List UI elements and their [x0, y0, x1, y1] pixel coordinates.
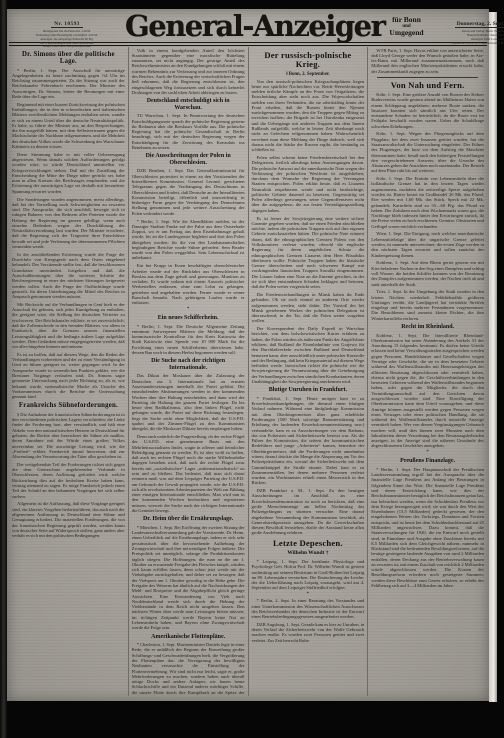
- article-paragraph: Es ist ferner der Sowjetregierung eine w…: [252, 216, 365, 290]
- newspaper-page: Nr. 10593 Bezugspreis frei ins Haus mtl.…: [7, 9, 489, 701]
- article-paragraph: Es ist zu hoffen, daß auf diesem Wege, d…: [12, 352, 125, 400]
- article-headline: Dr. Heim über die Ernährungslage.: [133, 516, 244, 523]
- newspaper-scan: { "masthead": { "issue": "Nr. 10593", "i…: [0, 0, 504, 738]
- issue-number: Nr. 10593: [51, 21, 83, 28]
- article-dateline: ‖ Bonn, 2. September.: [252, 72, 365, 77]
- article-paragraph: Koblenz, 1. Sept. Auf dem Rhein geriet g…: [371, 260, 484, 286]
- imprint-box: Donnerstag, 2. Sept. 1920. Druck und Ver…: [424, 11, 504, 45]
- article-paragraph: WTB Paris, 1. Sept. Havas erklärt von un…: [371, 48, 484, 74]
- divider-rule: [377, 77, 478, 78]
- article-headline: Preußens Finanzlage.: [372, 458, 483, 465]
- article-paragraph: Ein bei Krupp in Essen beschäftigter obe…: [132, 263, 245, 305]
- section-separator: *: [132, 308, 245, 312]
- article-subheadline: Wilhelm Wundt †: [253, 551, 364, 557]
- article-paragraph: Die Sonderungen wurden angenommen, meist…: [12, 197, 125, 250]
- title-suffix: für Bonn und Umgegend: [389, 16, 423, 37]
- article-headline: Die Ausschreitungen der Polen in Obersch…: [133, 153, 244, 166]
- imprint-lines: Druck und Verlag: Herm. Neusser, Bonn.Ha…: [424, 30, 504, 45]
- article-paragraph: Koblenz, 1. Sept. Die Interalliierte Rhe…: [371, 333, 484, 449]
- article-headline: Die Suche nach der richtigen Internation…: [133, 358, 244, 371]
- subscription-box: Nr. 10593 Bezugspreis frei ins Haus mtl.…: [9, 11, 125, 49]
- article-paragraph: Trier, 1. Sept. In der Umgebung der Stad…: [371, 289, 484, 321]
- article-paragraph: * Berlin, 1. Sept. Wie die Abendblätter …: [132, 219, 245, 261]
- article-paragraph: Wien, 1. Sept. Die Einigung, nach welche…: [371, 231, 484, 257]
- column-2: Volk in einem kundgebenden Anteil den hö…: [129, 47, 249, 696]
- article-paragraph: * Berlin, 1. Sept. Die Deutsche Allgemei…: [132, 324, 245, 356]
- article-paragraph: DZB Augsburg, 1. Sept. Gerade kam es hie…: [252, 622, 365, 643]
- article-paragraph: Der Korrespondent der Daily Expreß in Wa…: [252, 326, 365, 384]
- article-paragraph: Volk in einem kundgebenden Anteil den hö…: [132, 48, 245, 96]
- masthead-center: General-Anzeiger für Bonn und Umgegend: [125, 11, 424, 41]
- article-headline: Frankreichs Sühneforderungen.: [13, 402, 124, 409]
- newspaper-title: General-Anzeiger: [125, 12, 384, 41]
- article-headline: Der russisch-polnische Krieg.: [253, 51, 364, 70]
- section-separator: *: [371, 451, 484, 455]
- section-separator: *: [252, 593, 365, 597]
- scan-left-edge: [0, 0, 7, 738]
- column-1: Dr. Simons über die politische Lage.* Be…: [9, 47, 129, 696]
- article-paragraph: Köln, 1. Sept. Wegen des Fliegerunglücks…: [371, 131, 484, 173]
- article-headline: Recht im Rheinland.: [372, 324, 483, 331]
- small-print-line: Fernruf Nr. 100 u. 107. Geschäftsstelle:…: [424, 42, 504, 46]
- article-paragraph: * Berlin, 2. Sept. In einer Beratung des…: [252, 598, 365, 619]
- article-paragraph: Köln, 1. Sept. Die Einfuhr von Lebensmit…: [371, 176, 484, 229]
- column-3: Der russisch-polnische Krieg.‖ Bonn, 2. …: [249, 47, 369, 696]
- article-paragraph: Polen selbst scheint keine Friedensberei…: [252, 155, 365, 213]
- article-paragraph: DZB Frankfurt a. M., 1. Sept. Zu den heu…: [252, 488, 365, 536]
- article-headline: Ein neues Schifferheim.: [133, 315, 244, 322]
- page-right-edge: [489, 12, 497, 702]
- article-paragraph: * Berlin, 1. Sept. Der Hauptausschuß der…: [371, 467, 484, 588]
- article-paragraph: In der anschließenden Erörterung wurde d…: [12, 252, 125, 300]
- article-paragraph: * München, 1. Sept. Bei Eröffnung der zw…: [132, 525, 245, 631]
- article-paragraph: * Frankfurt, 1. Sept. Heute morgen kam e…: [252, 396, 365, 486]
- article-headline: Letzte Depeschen.: [253, 539, 364, 548]
- article-headline: Amerikanische Flottenpläne.: [133, 634, 244, 641]
- article-paragraph: TU Warschau, 1. Sept. In Beantwortung de…: [132, 113, 245, 150]
- date-line: Donnerstag, 2. Sept. 1920.: [455, 21, 504, 28]
- article-paragraph: DZB Beuthen, 1. Sept. Das Generalkommiss…: [132, 168, 245, 216]
- suffix-line-3: Umgegend: [389, 29, 423, 37]
- suffix-line-1: für Bonn: [389, 16, 423, 24]
- article-paragraph: Diese Stimmung habe er mit voller Ueberz…: [12, 152, 125, 194]
- article-headline: Blutige Unruhen in Frankfurt.: [253, 387, 364, 394]
- article-paragraph: * Charleston, 1. Sept. Marineminister Da…: [132, 642, 245, 696]
- article-paragraph: Das Diktat der Moskauer über die Zulassu…: [132, 373, 245, 431]
- article-paragraph: Beginnend mit einer kurzen Zurückweisung…: [12, 102, 125, 150]
- article-paragraph: * Berlin, 1. Sept. Der Ausschuß für ausw…: [12, 68, 125, 100]
- article-paragraph: Der weitgehendste Teil der Forderungen r…: [12, 462, 125, 499]
- article-headline: Von Nah und Fern.: [372, 81, 483, 90]
- article-headline: Deutschland entschuldigt sich in Warscha…: [133, 98, 244, 111]
- article-paragraph: Denn auch natürlich die Fragestellung, o…: [132, 434, 245, 513]
- article-paragraph: Allgemein ist die Auffassung, daß diese …: [12, 501, 125, 538]
- masthead: Nr. 10593 Bezugspreis frei ins Haus mtl.…: [7, 9, 489, 42]
- column-4: WTB Paris, 1. Sept. Havas erklärt von un…: [368, 47, 487, 696]
- article-paragraph: Mit Rücksicht auf die Verhandlungen in G…: [12, 302, 125, 350]
- article-paragraph: Köln, 1. Sept. Eine größere Anzahl von B…: [371, 92, 484, 129]
- article-paragraph: Von den russisch-polnischen Kriegsschaup…: [252, 79, 365, 153]
- article-paragraph: Die Friedensverhandlungen in Minsk haben…: [252, 292, 365, 324]
- article-headline: Dr. Simons über die politische Lage.: [13, 51, 124, 66]
- column-area: Dr. Simons über die politische Lage.* Be…: [7, 46, 489, 696]
- article-paragraph: * Leipzig, 1. Sept. Der berühmte Physiol…: [252, 559, 365, 591]
- article-paragraph: § Die Aufnahme der französischen Sühnefo…: [12, 412, 125, 460]
